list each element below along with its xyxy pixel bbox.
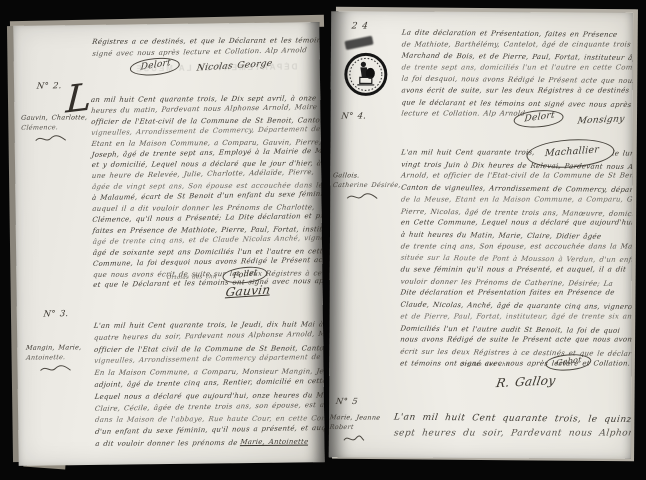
manuscript-line-text: a dit vouloir donner les prénoms de [95,438,239,451]
signature-monsigny: Monsigny [577,116,624,126]
entry4-number: N° 4. [341,111,366,121]
register-spread-photo: DÉPARTEMENT DE LA MEUSE Régistres a ce d… [0,0,646,480]
entry5-number: N° 5 [335,397,357,407]
signature-follet: Follet [222,267,267,284]
right-page: 2 4 La dite déclaration et Présentation,… [329,11,633,459]
page-corner-mark: 2 4 [351,21,367,31]
left-page: DÉPARTEMENT DE LA MEUSE Régistres a ce d… [13,22,324,466]
margin-note-line: Antoinette. [25,352,95,362]
entry-number-text: N° 3. [43,309,69,319]
paraph-flourish-icon [343,434,365,443]
signature-text: Nicolas George [196,59,273,74]
manuscript-line: à huit heures du Matin, Marie, Claire, D… [400,229,632,242]
signature-text: Gauvin [225,282,272,299]
signature-text: Monsigny [577,114,626,126]
revenue-stamp-icon [343,51,389,97]
manuscript-line-text: avons écrit de suite, sur les deux Régis… [401,86,633,98]
manuscript-line-text: lecture et Collation. Alp Arnold [401,109,526,121]
margin-note-line: Robert [329,423,393,433]
signature-r-galloy: R. Galloy [495,376,554,390]
manuscript-line-text: Arnold, et officier de l'Etat-civil de l… [400,171,633,183]
manuscript-line-text: signé avec nous après lecture et Collati… [92,44,308,60]
entry-number-text: N° 5 [335,397,358,407]
signature-delort: Delort [130,58,180,76]
paraph-flourish-icon [35,134,67,143]
margin-note-line: Clémence. [21,122,91,132]
entry2-number: N° 2. [36,81,61,91]
manuscript-line: L'an mil huit Cent quarante trois, le qu… [393,410,633,427]
manuscript-line-text: de la Meuse, Etant en la Maison Commune,… [400,194,633,206]
manuscript-line-text: en Cette Commune, Lequel nous a déclaré … [400,218,633,230]
manuscript-line: avons écrit de suite, sur les deux Régis… [401,86,631,99]
attest-text: Ortolas des chn [166,274,217,281]
manuscript-line-text: sept heures du soir, Pardevant nous Alph… [393,426,633,442]
manuscript-line-text: de trente sept ans, domiciliés l'un et l… [401,62,633,74]
signature-delort: Delort [514,110,564,127]
entry4-body: L'an mil huit Cent quarante trois,le lun… [399,148,632,372]
underlined-names-text: Marie, Antoinette [239,437,309,449]
signature-gabot: Gabot [545,354,591,370]
signature-text: Delort [524,110,555,124]
manuscript-line-text: du sexe féminin qu'il nous a Présenté, e… [400,265,627,277]
entry4-margin-note: Gallois.Catherine Désirée, [332,171,398,201]
manuscript-line: signé avec nous après lecture et Collati… [92,45,316,60]
entry5-margin-note: Marie, JeanneRobert [329,413,393,443]
manuscript-line-text: et témoins ont signé avec nous après lec… [399,358,633,370]
manuscript-line-text: de Mathiote, Barthélémy, Cantelot, âgé d… [401,39,633,51]
manuscript-line: écrit sur les deux Régistres à ce destin… [399,347,631,360]
signature-nicolas-george: Nicolas George [196,63,271,74]
margin-note-text: Catherine Désirée, [332,181,401,190]
signature-text: Gabot [556,355,582,368]
manuscript-line-text: et de Pierre, Paul, Fortat, instituteur,… [400,311,634,323]
entry3-body: L'an mil huit Cent quarante trois, le Je… [93,318,325,451]
manuscript-line-text: Dite déclaration et Présentation faites … [400,288,616,300]
manuscript-line: sept heures du soir, Pardevant nous Alph… [393,426,633,443]
manuscript-line-text: L'an mil huit Cent quarante trois, [400,148,535,160]
manuscript-line-text: de trente cinq ans, Son épouse, est acco… [400,241,633,253]
margin-note-text: Gallois. [332,171,360,181]
entry3-margin-note: Mangin, Marie,Antoinette. [25,343,95,374]
manuscript-line: en Cette Commune, Lequel nous a déclaré … [400,218,632,231]
entry1-closing-lines: Régistres a ce destinés, et que le Décla… [91,33,315,60]
attest-note: Ortolas des chn [459,362,509,368]
entry-number-text: N° 4. [341,111,367,121]
signature-text: R. Galloy [495,373,556,390]
margin-note-text: Clémence. [21,123,59,133]
entry3bis-closing-lines: La dite déclaration et Présentation, fai… [401,28,631,122]
manuscript-line: La dite déclaration et Présentation, fai… [401,28,631,41]
paraph-flourish-icon [39,364,71,373]
entry-number-text: N° 2. [36,81,62,91]
margin-note-line: Gallois. [332,171,398,181]
margin-note-text: Mangin, Marie, [25,343,82,353]
paraph-flourish-icon [346,192,378,201]
signature-gauvin: Gauvin [225,285,269,300]
margin-note-text: Marie, Jeanne [329,413,381,423]
manuscript-line: et témoins ont signé avec nous après lec… [399,358,631,371]
attest-note: Ortolas des chn [166,274,216,281]
margin-note-line: Marie, Jeanne [329,413,393,423]
manuscript-line: nous avons Rédigé de suite le Présent ac… [399,335,631,348]
signature-text: Follet [233,267,258,280]
manuscript-line: du sexe féminin qu'il nous a Présenté, e… [400,265,632,278]
entry2-body: an mil huit Cent quarante trois, le Dix … [90,92,322,291]
manuscript-line: de la Meuse, Etant en la Maison Commune,… [400,194,632,207]
manuscript-line-underlined: a dit vouloir donner les prénoms de Mari… [94,436,324,451]
entry5-body: L'an mil huit Cent quarante trois, le qu… [393,410,633,443]
entry3-number: N° 3. [43,309,68,319]
manuscript-line: et de Pierre, Paul, Fortat, instituteur,… [400,311,632,324]
margin-note-line: Catherine Désirée, [332,181,398,191]
manuscript-line-text: nous avons Rédigé de suite le Présent ac… [399,335,633,347]
margin-note-text: Robert [329,423,354,432]
drop-cap-l: L [65,78,93,119]
ink-smudge [344,36,373,50]
attest-text: Ortolas des chn [459,362,510,368]
signature-text: Delort [140,58,171,73]
corner-mark-text: 2 4 [351,21,369,31]
manuscript-line: L'an mil huit Cent quarante trois,le lun… [400,148,632,161]
manuscript-line-text: le lundi [612,149,633,161]
margin-note-text: Antoinette. [25,353,65,363]
